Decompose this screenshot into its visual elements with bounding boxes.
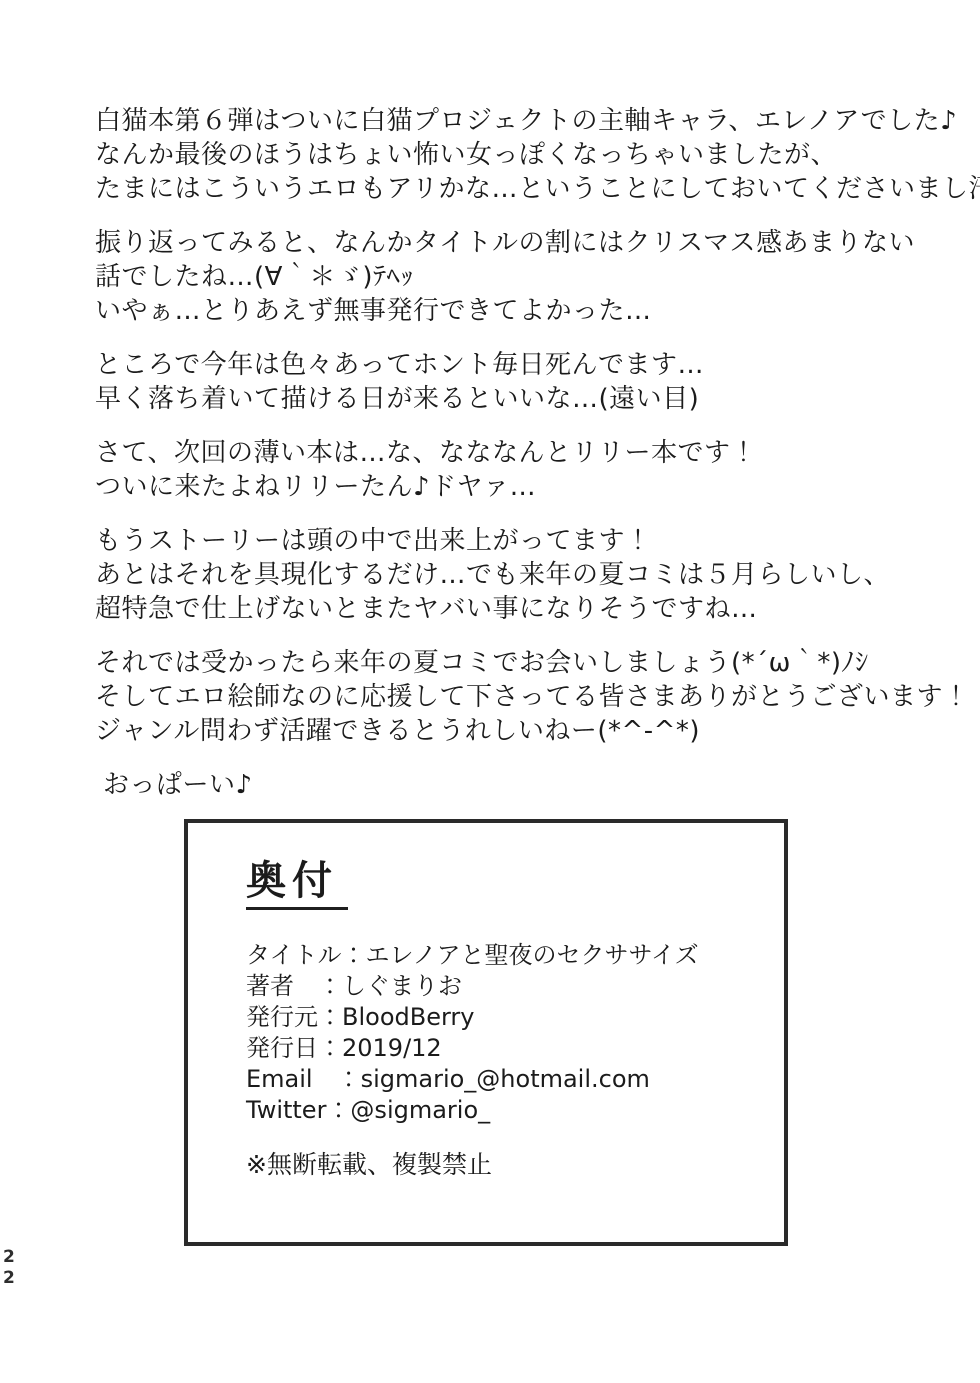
- afterword-page: 白猫本第６弾はついに白猫プロジェクトの主軸キャラ、エレノアでした♪ なんか最後の…: [0, 0, 980, 1383]
- text-line: おっぱーい♪: [103, 768, 925, 802]
- text-line: それでは受かったら来年の夏コミでお会いしましょう(*´ω｀*)ﾉｼ: [95, 646, 925, 680]
- page-number-digit: 2: [3, 1268, 15, 1289]
- text-line: あとはそれを具現化するだけ…でも来年の夏コミは５月らしいし、: [95, 558, 925, 592]
- text-line: いやぁ…とりあえず無事発行できてよかった…: [95, 294, 925, 328]
- colophon-row-title: タイトル：エレノアと聖夜のセクササイズ: [246, 940, 774, 971]
- paragraph-thanks: それでは受かったら来年の夏コミでお会いしましょう(*´ω｀*)ﾉｼ そしてエロ絵…: [95, 646, 925, 748]
- text-line: 早く落ち着いて描ける日が来るといいな…(遠い目): [95, 382, 925, 416]
- copyright-notice: ※無断転載、複製禁止: [246, 1150, 774, 1180]
- colophon-row-date: 発行日：2019/12: [246, 1033, 774, 1064]
- text-line: たまにはこういうエロもアリかな…ということにしておいてくださいまし汗: [95, 172, 925, 206]
- text-line: ジャンル問わず活躍できるとうれしいねー(*^-^*): [95, 714, 925, 748]
- paragraph-lookback: 振り返ってみると、なんかタイトルの割にはクリスマス感あまりない 話でしたね…(∀…: [95, 226, 925, 328]
- colophon-rows: タイトル：エレノアと聖夜のセクササイズ 著者 ：しぐまりお 発行元：BloodB…: [246, 940, 774, 1126]
- text-line: 話でしたね…(∀｀＊ゞ)ﾃﾍｯ: [95, 260, 925, 294]
- text-line: さて、次回の薄い本は…な、なななんとリリー本です！: [95, 436, 925, 470]
- text-line: そしてエロ絵師なのに応援して下さってる皆さまありがとうございます！: [95, 680, 925, 714]
- page-number-digit: 2: [3, 1247, 15, 1268]
- text-line: ところで今年は色々あってホント毎日死んでます…: [95, 348, 925, 382]
- colophon-row-publisher: 発行元：BloodBerry: [246, 1002, 774, 1033]
- text-line: なんか最後のほうはちょい怖い女っぽくなっちゃいましたが、: [95, 138, 925, 172]
- colophon-content: 奥付 タイトル：エレノアと聖夜のセクササイズ 著者 ：しぐまりお 発行元：Blo…: [188, 823, 784, 1180]
- text-line: ついに来たよねリリーたん♪ドヤァ…: [95, 470, 925, 504]
- paragraph-next-book: さて、次回の薄い本は…な、なななんとリリー本です！ ついに来たよねリリーたん♪ド…: [95, 436, 925, 504]
- afterword-text: 白猫本第６弾はついに白猫プロジェクトの主軸キャラ、エレノアでした♪ なんか最後の…: [95, 104, 925, 802]
- paragraph-signoff: おっぱーい♪: [95, 768, 925, 802]
- page-number: 2 2: [3, 1247, 15, 1289]
- colophon-box: 奥付 タイトル：エレノアと聖夜のセクササイズ 著者 ：しぐまりお 発行元：Blo…: [184, 819, 788, 1246]
- paragraph-story-plan: もうストーリーは頭の中で出来上がってます！ あとはそれを具現化するだけ…でも来年…: [95, 524, 925, 626]
- text-line: もうストーリーは頭の中で出来上がってます！: [95, 524, 925, 558]
- colophon-heading: 奥付: [246, 859, 348, 910]
- paragraph-intro: 白猫本第６弾はついに白猫プロジェクトの主軸キャラ、エレノアでした♪ なんか最後の…: [95, 104, 925, 206]
- text-line: 超特急で仕上げないとまたヤバい事になりそうですね…: [95, 592, 925, 626]
- colophon-row-author: 著者 ：しぐまりお: [246, 971, 774, 1002]
- colophon-row-twitter: Twitter：@sigmario_: [246, 1095, 774, 1126]
- text-line: 白猫本第６弾はついに白猫プロジェクトの主軸キャラ、エレノアでした♪: [95, 104, 925, 138]
- paragraph-this-year: ところで今年は色々あってホント毎日死んでます… 早く落ち着いて描ける日が来るとい…: [95, 348, 925, 416]
- text-line: 振り返ってみると、なんかタイトルの割にはクリスマス感あまりない: [95, 226, 925, 260]
- colophon-row-email: Email ：sigmario_@hotmail.com: [246, 1064, 774, 1095]
